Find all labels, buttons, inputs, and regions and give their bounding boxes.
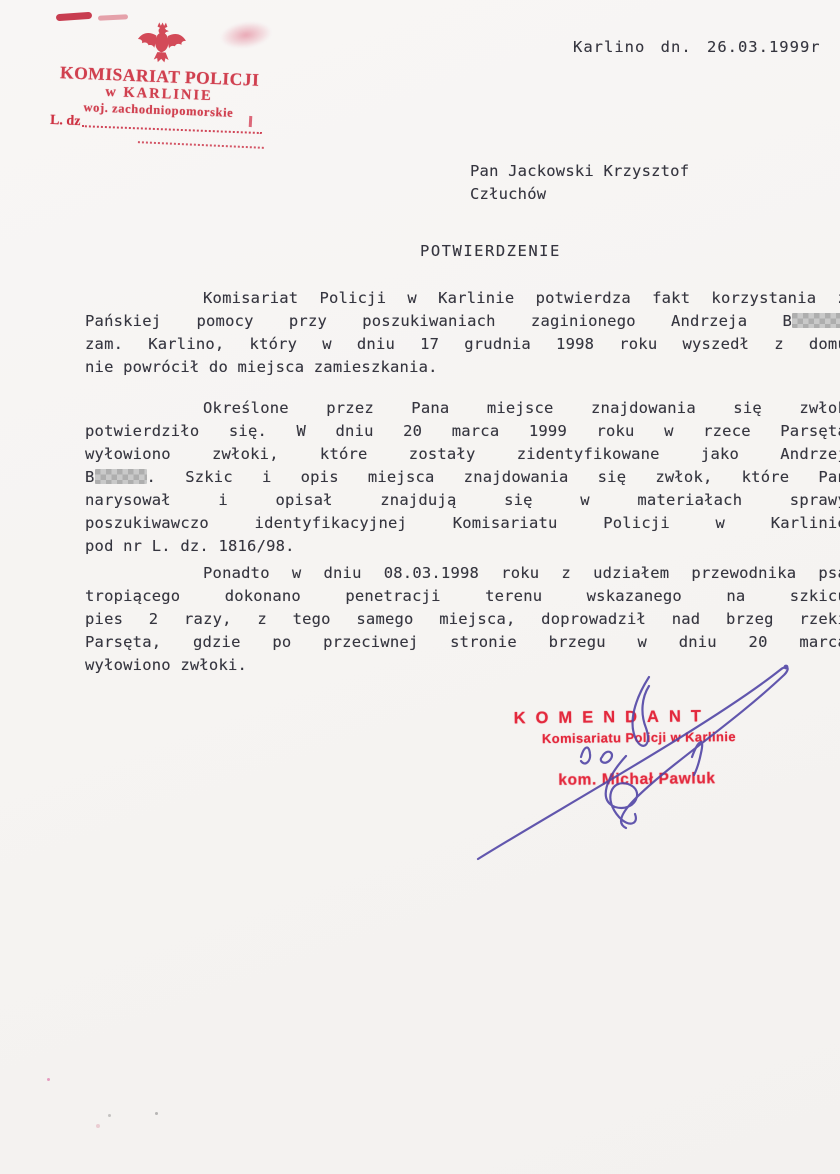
- body-text: Określone przez Pana miejsce znajdowania…: [203, 399, 840, 417]
- body-line: narysował i opisał znajdują się w materi…: [85, 489, 840, 512]
- body-line: wyłowiono zwłoki.: [85, 654, 840, 677]
- body-line: pod nr L. dz. 1816/98.: [85, 535, 840, 558]
- body-text: B: [85, 468, 95, 486]
- body-line: tropiącego dokonano penetracji terenu ws…: [85, 585, 840, 608]
- body-line: poszukiwawczo identyfikacyjnej Komisaria…: [85, 512, 840, 535]
- seal-title: KOMENDANT: [514, 707, 774, 729]
- body-text: poszukiwawczo identyfikacyjnej Komisaria…: [85, 514, 840, 532]
- ldz-label: L. dz: [50, 113, 81, 130]
- recipient-city: Człuchów: [470, 183, 689, 206]
- body-text: Ponadto w dniu 08.03.1998 roku z udziałe…: [203, 564, 840, 582]
- stamp-tick-mark: [249, 116, 253, 127]
- paper-speck: [96, 1124, 100, 1128]
- body-text: nie powrócił do miejsca zamieszkania.: [85, 358, 438, 376]
- body-line: Określone przez Pana miejsce znajdowania…: [85, 397, 840, 420]
- body-text: zam. Karlino, który w dniu 17 grudnia 19…: [85, 335, 840, 353]
- redacted-name: [95, 469, 147, 484]
- body-text: . Szkic i opis miejsca znajdowania się z…: [147, 468, 840, 486]
- paper-speck: [155, 1112, 158, 1115]
- seal-officer-name: kom. Michał Pawluk: [558, 770, 774, 790]
- body-line: potwierdziło się. W dniu 20 marca 1999 r…: [85, 420, 840, 443]
- body-line: Ponadto w dniu 08.03.1998 roku z udziałe…: [85, 562, 840, 585]
- recipient-block: Pan Jackowski Krzysztof Człuchów: [470, 160, 689, 206]
- body-text: pod nr L. dz. 1816/98.: [85, 537, 295, 555]
- body-text: narysował i opisał znajdują się w materi…: [85, 491, 840, 509]
- paragraph: Komisariat Policji w Karlinie potwierdza…: [85, 287, 840, 379]
- body-text: wyłowiono zwłoki.: [85, 656, 247, 674]
- body-line: pies 2 razy, z tego samego miejsca, dopr…: [85, 608, 840, 631]
- body-text: Parsęta, gdzie po przeciwnej stronie brz…: [85, 633, 840, 651]
- body-text: wyłowiono zwłoki, które zostały zidentyf…: [85, 445, 840, 463]
- paper-speck: [47, 1078, 50, 1081]
- paragraph: Określone przez Pana miejsce znajdowania…: [85, 397, 840, 558]
- body-text: Komisariat Policji w Karlinie potwierdza…: [203, 289, 840, 307]
- body-line: B. Szkic i opis miejsca znajdowania się …: [85, 466, 840, 489]
- recipient-name: Pan Jackowski Krzysztof: [470, 160, 689, 183]
- scanned-letter-page: KOMISARIAT POLICJI w KARLINIE woj. zacho…: [0, 0, 840, 1174]
- document-title: POTWIERDZENIE: [420, 242, 561, 260]
- body-line: nie powrócił do miejsca zamieszkania.: [85, 356, 840, 379]
- body-line: wyłowiono zwłoki, które zostały zidentyf…: [85, 443, 840, 466]
- paragraph: Ponadto w dniu 08.03.1998 roku z udziałe…: [85, 562, 840, 677]
- body-line: zam. Karlino, który w dniu 17 grudnia 19…: [85, 333, 840, 356]
- ldz-dotted-line-2: [138, 135, 264, 149]
- commander-seal-stamp: KOMENDANT Komisariatu Policji w Karlinie…: [514, 707, 775, 791]
- body-text: tropiącego dokonano penetracji terenu ws…: [85, 587, 840, 605]
- redacted-name: [792, 313, 840, 328]
- police-station-stamp: KOMISARIAT POLICJI w KARLINIE woj. zacho…: [38, 15, 282, 122]
- body-line: Pańskiej pomocy przy poszukiwaniach zagi…: [85, 310, 840, 333]
- paper-speck: [108, 1114, 111, 1117]
- seal-subtitle: Komisariatu Policji w Karlinie: [542, 729, 774, 746]
- body-line: Komisariat Policji w Karlinie potwierdza…: [85, 287, 840, 310]
- body-line: Parsęta, gdzie po przeciwnej stronie brz…: [85, 631, 840, 654]
- body-text: pies 2 razy, z tego samego miejsca, dopr…: [85, 610, 840, 628]
- body-text: Pańskiej pomocy przy poszukiwaniach zagi…: [85, 312, 792, 330]
- body-text: potwierdziło się. W dniu 20 marca 1999 r…: [85, 422, 840, 440]
- body: Komisariat Policji w Karlinie potwierdza…: [85, 287, 840, 695]
- date-line: Karlino dn. 26.03.1999r: [573, 38, 821, 56]
